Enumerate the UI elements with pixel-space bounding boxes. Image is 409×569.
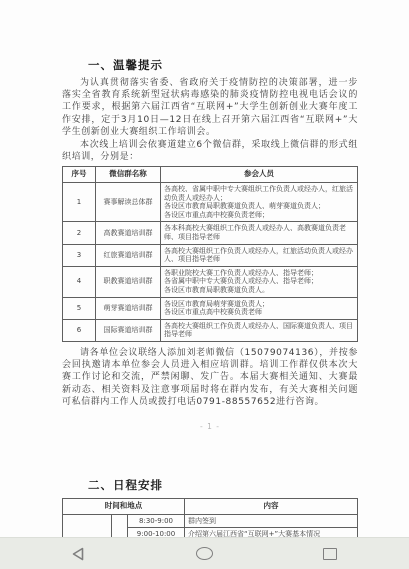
table-row: 6 国际赛道培训群 各高校大赛组织工作负责人或经办人、国际赛道负责人、项目指导老… <box>63 319 358 341</box>
section1-paragraph-1: 为认真贯彻落实省委、省政府关于疫情防控的决策部署，进一步落实全省教育系统新型冠状… <box>62 77 358 138</box>
group-participants: 各本科高校大赛组织工作负责人或经办人、高教赛道负责老师、项目指导老师 <box>161 222 358 244</box>
schedule-time: 9:00-10:00 <box>128 528 185 537</box>
schedule-content: 介绍第六届江西省“互联网+”大赛基本情况 <box>185 528 358 537</box>
table-header-row: 序号 微信群名称 参会人员 <box>63 167 358 183</box>
recents-square-icon <box>323 548 337 560</box>
back-button[interactable] <box>67 545 89 563</box>
table-row: 5 萌芽赛道培训群 各设区市教育局萌芽赛道负责人； 各设区市重点高中校赛负责老师 <box>63 297 358 319</box>
home-circle-icon <box>196 547 213 560</box>
group-name: 国际赛道培训群 <box>96 319 161 341</box>
section1-paragraph-3: 请各单位会议联络人添加刘老师微信（15079074136），并按参会回执邀请本单… <box>62 347 358 408</box>
group-participants: 各设区市教育局萌芽赛道负责人； 各设区市重点高中校赛负责老师 <box>161 297 358 319</box>
table-row: 2 高教赛道培训群 各本科高校大赛组织工作负责人或经办人、高教赛道负责老师、项目… <box>63 222 358 244</box>
col-header-participants: 参会人员 <box>161 167 358 183</box>
section1-title: 一、温馨提示 <box>88 57 358 73</box>
schedule-table: 时间和地点 内容 上 8:30-9:00 群内签到 9:00-10:00 介绍第… <box>62 498 358 537</box>
group-participants: 各职业院校大赛工作负责人或经办人、指导老师； 各省属中职中专大赛负责人或经办人、… <box>161 266 358 297</box>
col-header-time-place: 时间和地点 <box>63 498 185 514</box>
back-triangle-icon <box>70 546 86 562</box>
android-navigation-bar <box>0 537 409 569</box>
recents-button[interactable] <box>319 545 341 563</box>
row-no: 5 <box>63 297 96 319</box>
table-row: 1 赛事解读总体群 各高校、省属中职中专大赛组织工作负责人或经办人，红旅活动负责… <box>63 183 358 222</box>
group-name: 赛事解读总体群 <box>96 183 161 222</box>
row-no: 6 <box>63 319 96 341</box>
section2-title: 二、日程安排 <box>88 477 358 493</box>
row-no: 2 <box>63 222 96 244</box>
row-no: 1 <box>63 183 96 222</box>
document-page: 一、温馨提示 为认真贯彻落实省委、省政府关于疫情防控的决策部署，进一步落实全省教… <box>0 0 409 537</box>
schedule-content: 群内签到 <box>185 514 358 528</box>
schedule-date-cell <box>63 514 112 537</box>
group-participants: 各高校、省属中职中专大赛组织工作负责人或经办人，红旅活动负责人或经办人； 各设区… <box>161 183 358 222</box>
schedule-period-cell: 上 <box>112 514 128 537</box>
group-name: 红旅赛道培训群 <box>96 244 161 266</box>
group-participants: 各高校大赛组织工作负责人或经办人、国际赛道负责人、项目指导老师 <box>161 319 358 341</box>
group-name: 萌芽赛道培训群 <box>96 297 161 319</box>
wechat-group-table: 序号 微信群名称 参会人员 1 赛事解读总体群 各高校、省属中职中专大赛组织工作… <box>62 166 358 342</box>
group-name: 职教赛道培训群 <box>96 266 161 297</box>
table-row: 上 8:30-9:00 群内签到 <box>63 514 358 528</box>
row-no: 3 <box>63 244 96 266</box>
page-number: - 1 - <box>62 422 358 431</box>
col-header-content: 内容 <box>185 498 358 514</box>
group-participants: 各高校大赛组织工作负责人或经办人，红旅活动负责人或经办人、项目指导老师 <box>161 244 358 266</box>
home-button[interactable] <box>193 545 215 563</box>
row-no: 4 <box>63 266 96 297</box>
table-header-row: 时间和地点 内容 <box>63 498 358 514</box>
section1-paragraph-2: 本次线上培训会依赛道建立6个微信群，采取线上微信群的形式组织培训，分别是： <box>62 139 358 163</box>
table-row: 4 职教赛道培训群 各职业院校大赛工作负责人或经办人、指导老师； 各省属中职中专… <box>63 266 358 297</box>
col-header-no: 序号 <box>63 167 96 183</box>
group-name: 高教赛道培训群 <box>96 222 161 244</box>
schedule-time: 8:30-9:00 <box>128 514 185 528</box>
col-header-name: 微信群名称 <box>96 167 161 183</box>
table-row: 3 红旅赛道培训群 各高校大赛组织工作负责人或经办人，红旅活动负责人或经办人、项… <box>63 244 358 266</box>
